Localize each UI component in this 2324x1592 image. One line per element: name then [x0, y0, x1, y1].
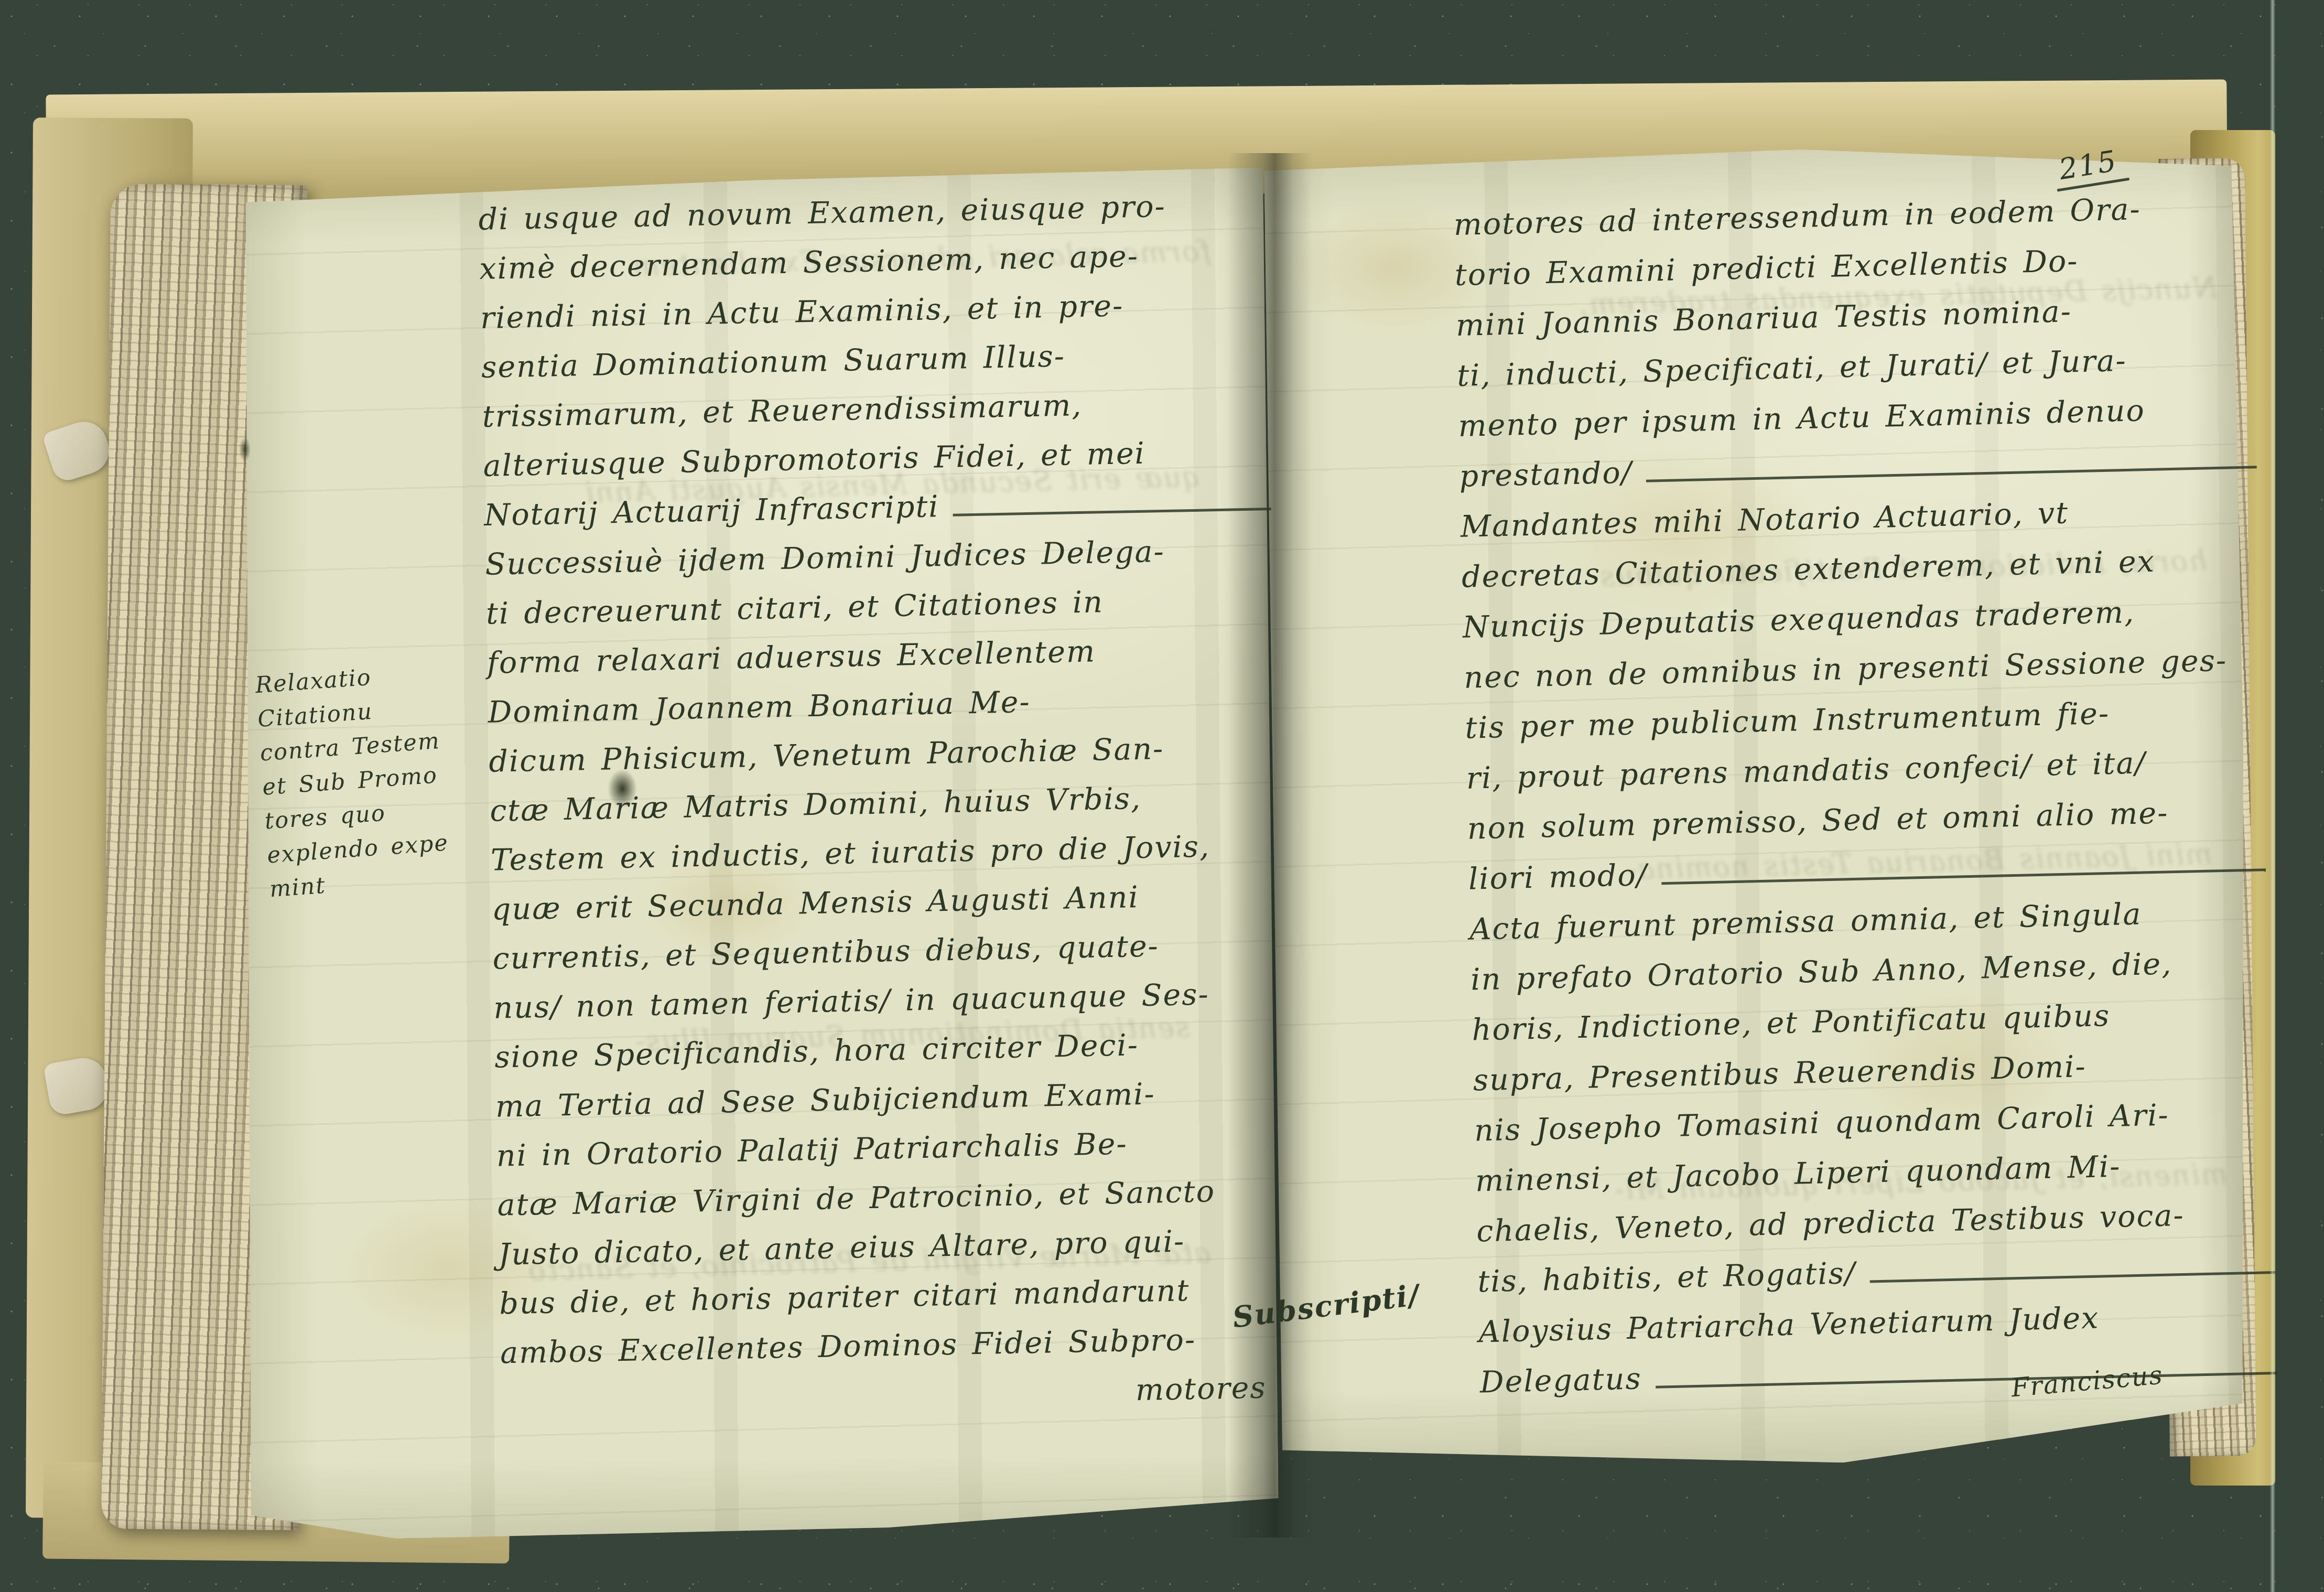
manuscript-photo: forma relaxari aduersus Excellentem quæ …: [0, 0, 2324, 1592]
ink-rule: [1869, 1271, 2275, 1283]
ink-rule: [1661, 868, 2266, 885]
right-page-text: motores ad interessendum in eodem Ora- t…: [1453, 189, 2285, 1415]
margin-note-text: Relaxatio: [254, 664, 372, 698]
ink-rule: [953, 508, 1271, 517]
left-margin-note: Relaxatio Citationu contra Testem et Sub…: [254, 651, 522, 907]
manuscript-line-text: motores: [1135, 1371, 1267, 1408]
ink-rule: [1646, 466, 2256, 482]
manuscript-line-text: prestando/: [1459, 455, 1633, 493]
ink-rule: [1656, 1372, 2277, 1389]
manuscript-line-text: Delegatus: [1479, 1361, 1642, 1400]
margin-note-text: tores quo: [264, 800, 386, 835]
glass-plate-edge: [2270, 0, 2275, 1592]
margin-note-text: mint: [268, 873, 327, 902]
ink-blot: [237, 433, 253, 466]
margin-note-text: Citationu: [257, 698, 374, 733]
manuscript-line-text: liori modo/: [1468, 858, 1648, 897]
left-page-text: di usque ad novum Examen, eiusque pro- x…: [478, 187, 1296, 1435]
ink-blot: [602, 761, 643, 816]
